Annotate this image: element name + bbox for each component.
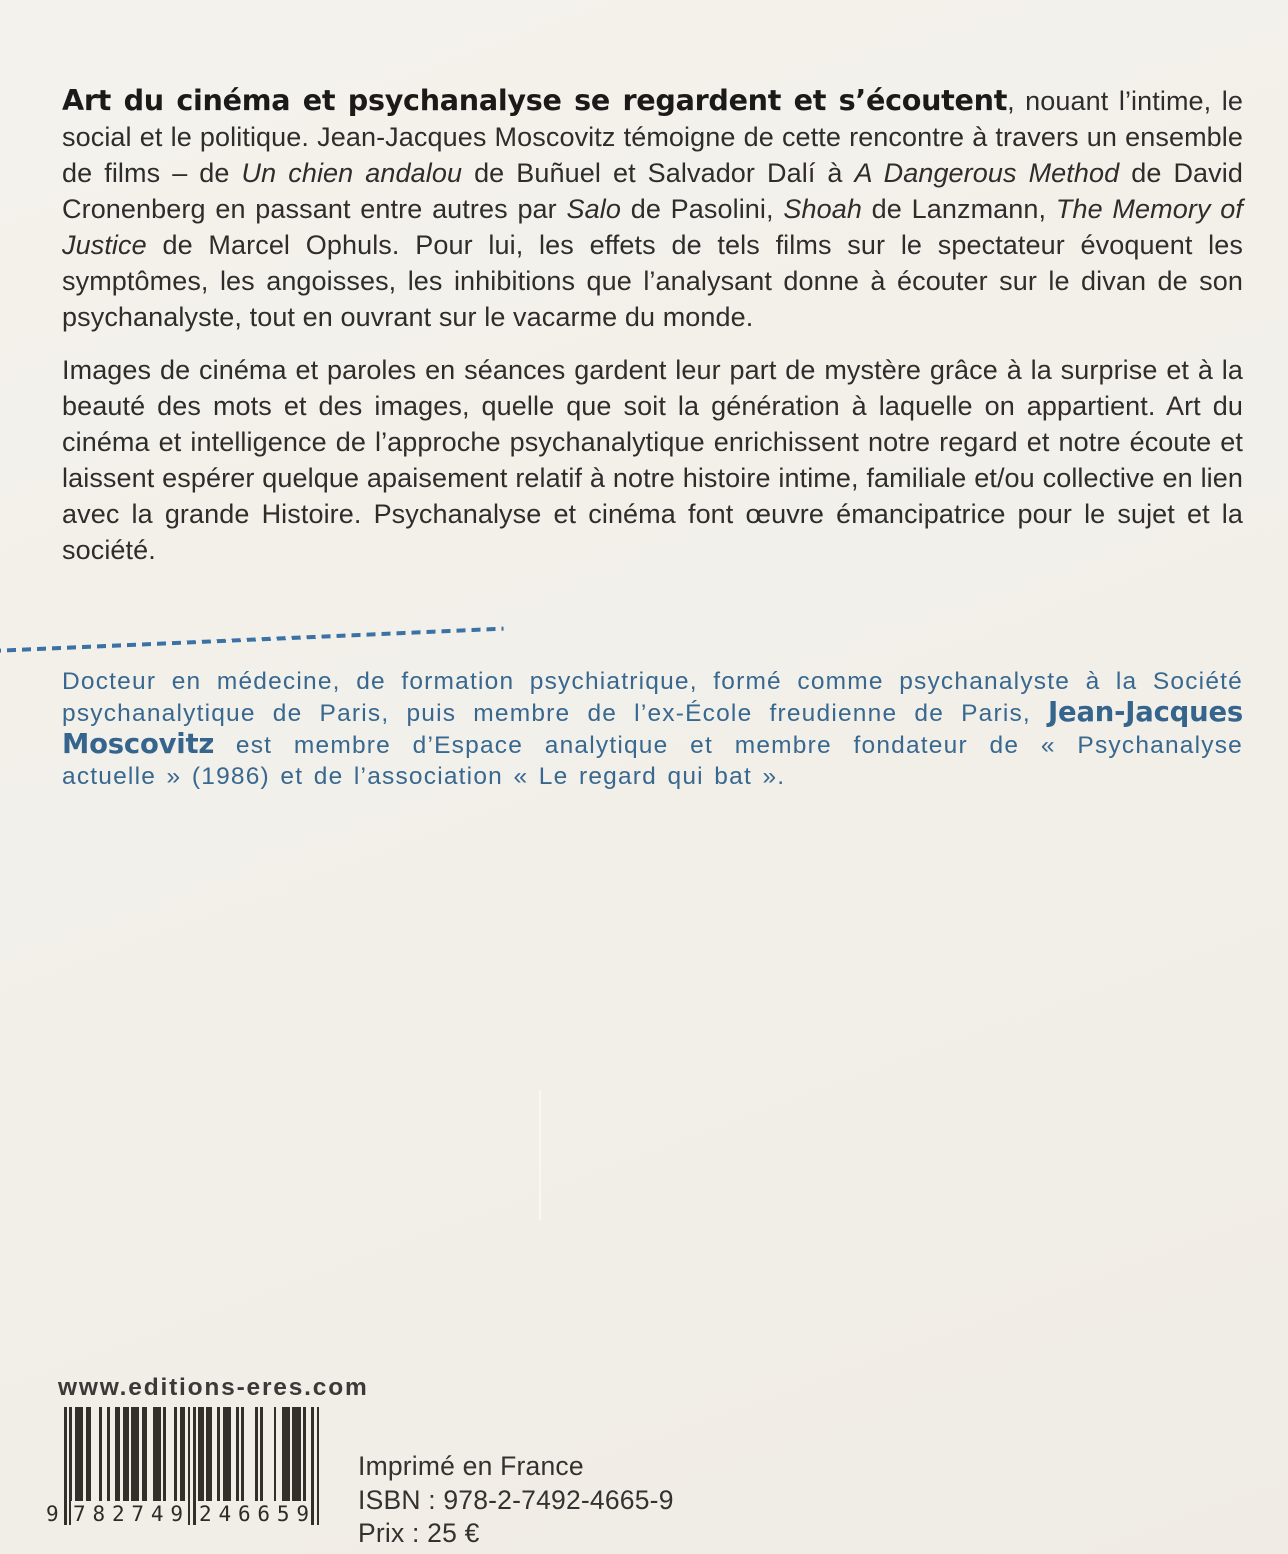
- publisher-website: www.editions-eres.com: [58, 1374, 369, 1402]
- price-line: Prix : 25 €: [358, 1517, 674, 1551]
- ean13-barcode: 9 782749 246659: [64, 1407, 320, 1527]
- barcode-digits-left: 782749: [71, 1501, 185, 1527]
- barcode-digits-right: 246659: [197, 1501, 311, 1527]
- intro-paragraph: Art du cinéma et psychanalyse se regarde…: [62, 82, 1243, 335]
- synopsis-section: Art du cinéma et psychanalyse se regarde…: [62, 82, 1243, 568]
- scan-artifact: [539, 1090, 541, 1220]
- barcode-digit-prefix: 9: [46, 1501, 59, 1527]
- author-bio-paragraph: Docteur en médecine, de formation psychi…: [62, 666, 1243, 792]
- dashed-divider: [0, 627, 504, 653]
- barcode-number: 9 782749 246659: [64, 1501, 320, 1527]
- book-back-cover: Art du cinéma et psychanalyse se regarde…: [0, 0, 1288, 1554]
- imprint-line: Imprimé en France: [358, 1450, 674, 1484]
- print-info: Imprimé en France ISBN : 978-2-7492-4665…: [358, 1450, 674, 1551]
- themes-paragraph: Images de cinéma et paroles en séances g…: [62, 352, 1243, 568]
- isbn-line: ISBN : 978-2-7492-4665-9: [358, 1484, 674, 1518]
